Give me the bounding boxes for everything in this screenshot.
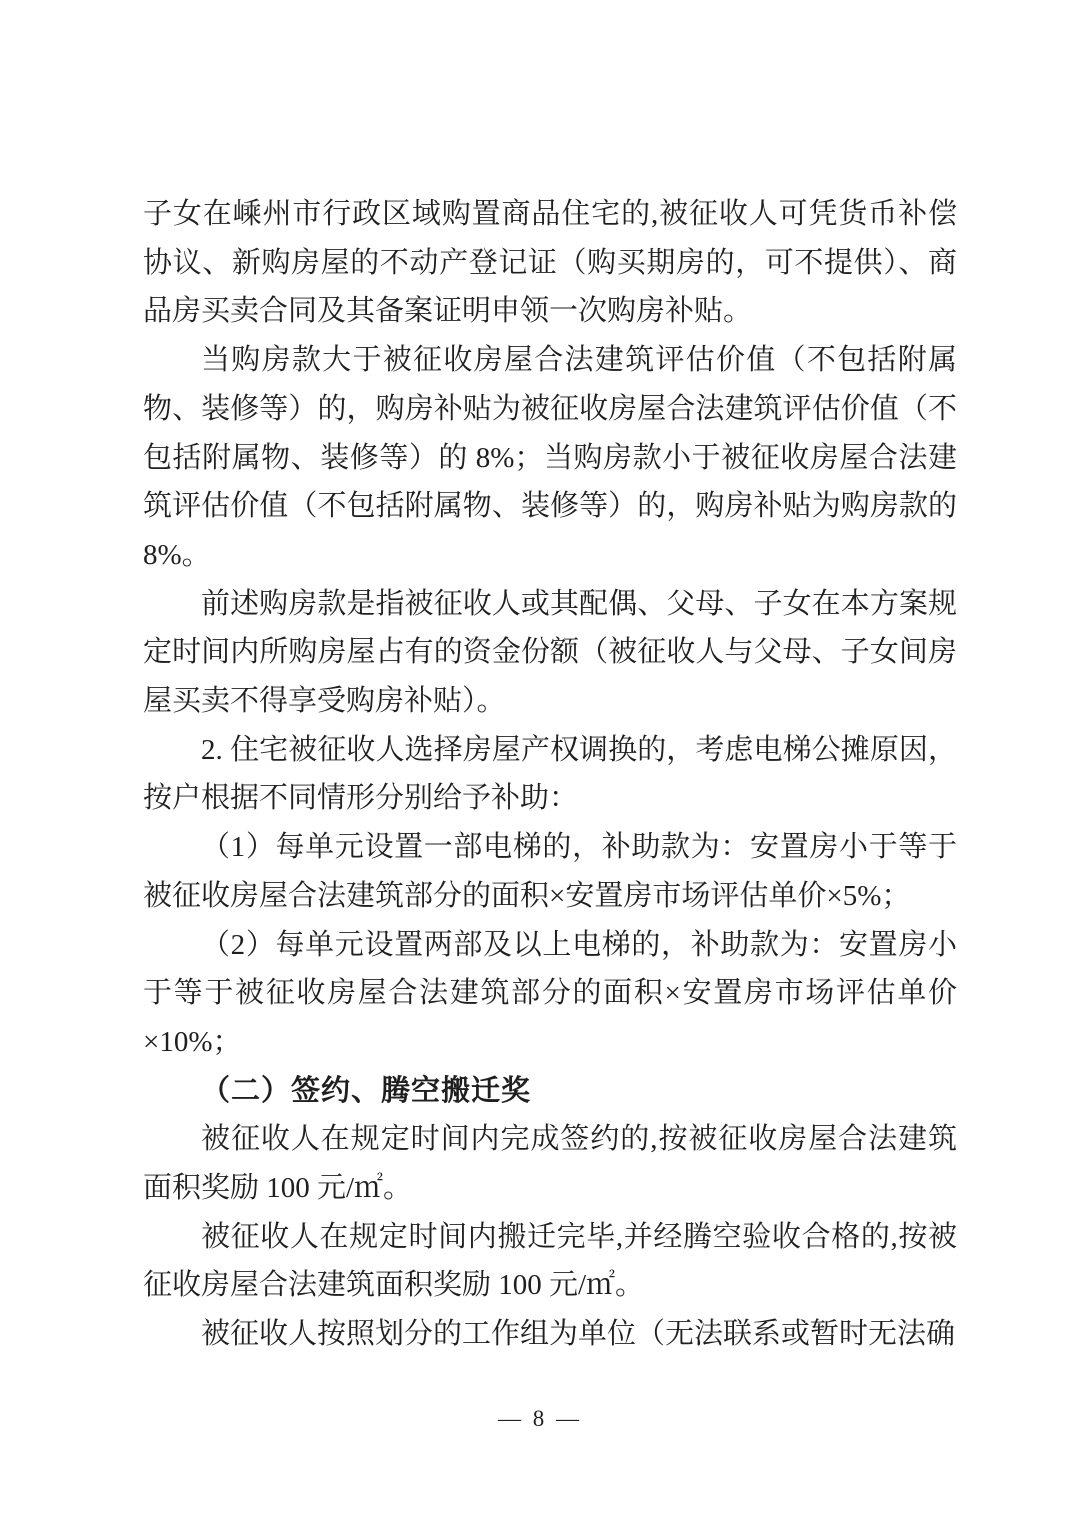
paragraph-sub-item-1-one-elevator: （1）每单元设置一部电梯的，补助款为：安置房小于等于被征收房屋合法建筑部分的面积…: [143, 823, 957, 920]
paragraph-signing-award: 被征收人在规定时间内完成签约的,按被征收房屋合法建筑面积奖励 100 元/㎡。: [143, 1115, 957, 1212]
paragraph-item-2-property-swap: 2. 住宅被征收人选择房屋产权调换的，考虑电梯公摊原因，按户根据不同情形分别给予…: [143, 726, 957, 823]
document-page: 子女在嵊州市行政区域购置商品住宅的,被征收人可凭货币补偿协议、新购房屋的不动产登…: [0, 0, 1080, 1527]
paragraph-vacating-award: 被征收人在规定时间内搬迁完毕,并经腾空验收合格的,按被征收房屋合法建筑面积奖励 …: [143, 1213, 957, 1310]
page-number: — 8 —: [0, 1406, 1080, 1432]
paragraph-workgroup-cutoff: 被征收人按照划分的工作组为单位（无法联系或暂时无法确: [143, 1310, 957, 1359]
section-heading-signing-vacating-award: （二）签约、腾空搬迁奖: [143, 1067, 957, 1116]
paragraph-purchase-subsidy-rate: 当购房款大于被征收房屋合法建筑评估价值（不包括附属物、装修等）的，购房补贴为被征…: [143, 336, 957, 580]
paragraph-continuation: 子女在嵊州市行政区域购置商品住宅的,被征收人可凭货币补偿协议、新购房屋的不动产登…: [143, 190, 957, 336]
paragraph-sub-item-2-two-elevators: （2）每单元设置两部及以上电梯的，补助款为：安置房小于等于被征收房屋合法建筑部分…: [143, 921, 957, 1067]
paragraph-purchase-funds-definition: 前述购房款是指被征收人或其配偶、父母、子女在本方案规定时间内所购房屋占有的资金份…: [143, 580, 957, 726]
document-body: 子女在嵊州市行政区域购置商品住宅的,被征收人可凭货币补偿协议、新购房屋的不动产登…: [143, 190, 957, 1359]
